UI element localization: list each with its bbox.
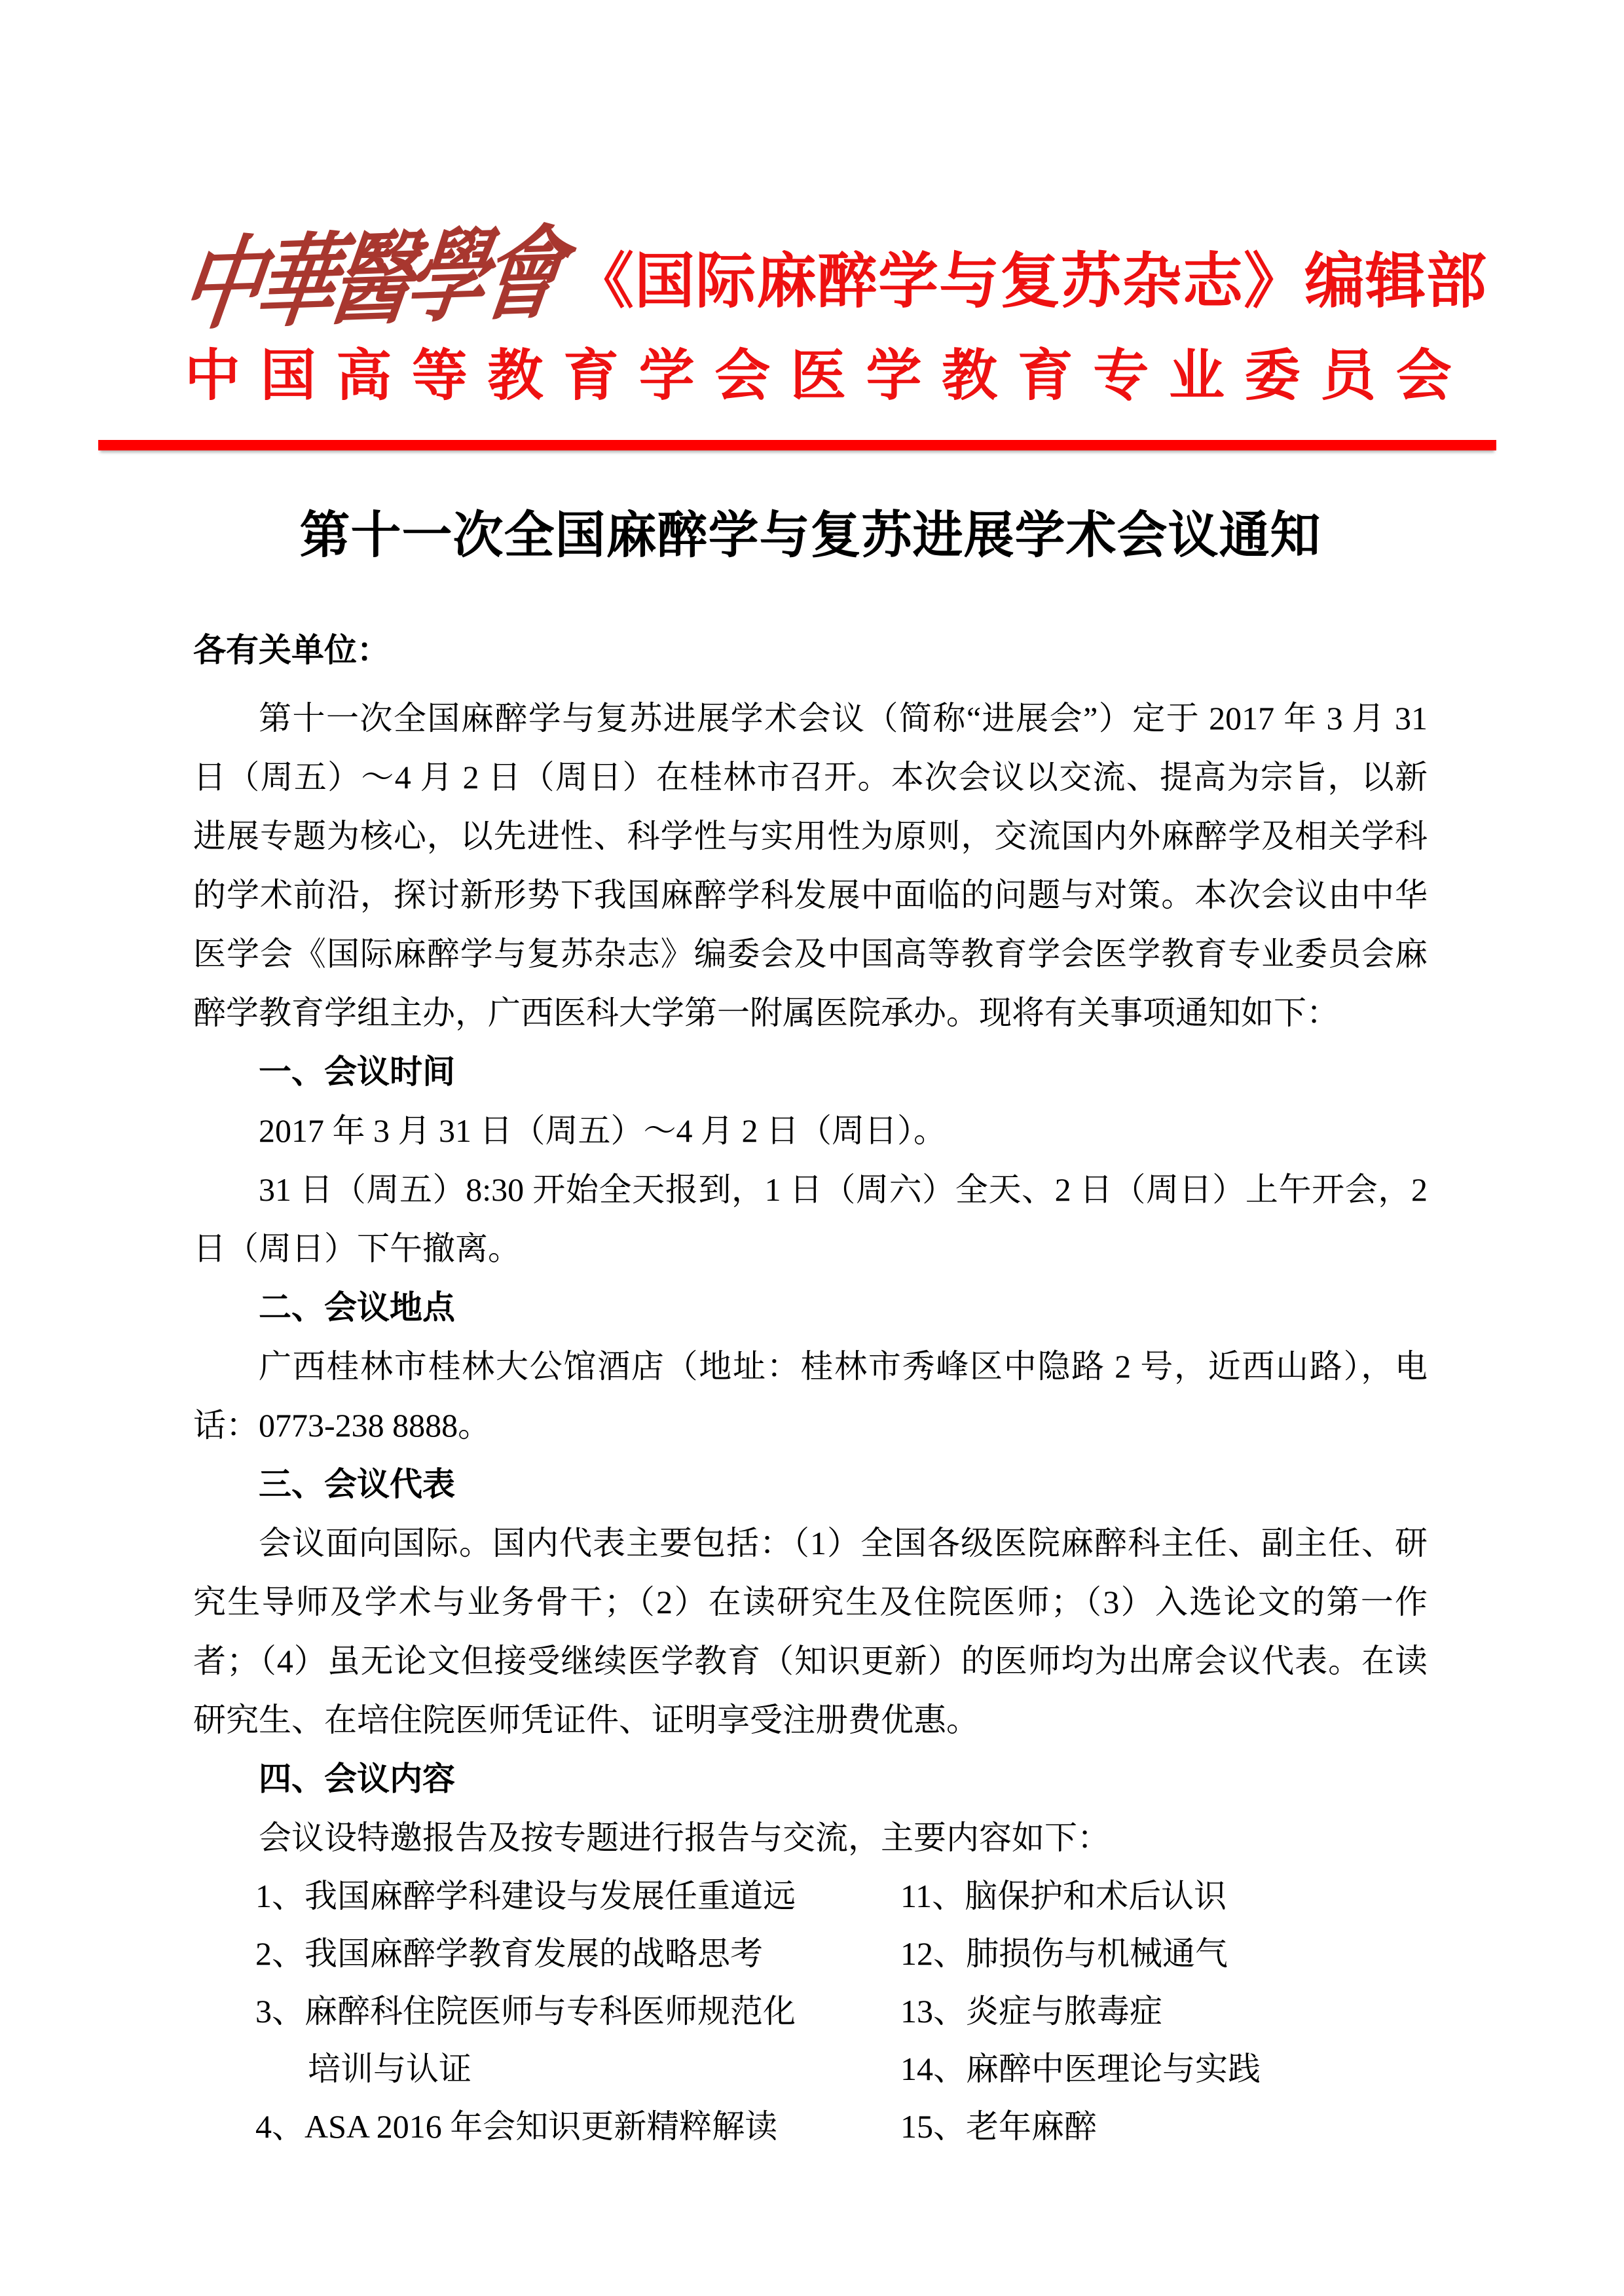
org-line-char: 育 [563, 347, 619, 406]
topic-item-13: 13、炎症与脓毒症 [900, 1982, 1428, 2040]
topic-item-3: 3、麻醉科住院医师与专科医师规范化 [255, 1982, 900, 2040]
org-line-char: 员 [1320, 347, 1376, 406]
topic-list: 1、我国麻醉学科建设与发展任重道远 11、脑保护和术后认识 2、我国麻醉学教育发… [193, 1867, 1428, 2155]
org-line-char: 国 [261, 347, 316, 406]
topic-item-11: 11、脑保护和术后认识 [900, 1867, 1428, 1925]
topic-item-14: 14、麻醉中医理论与实践 [900, 2040, 1428, 2098]
salutation: 各有关单位： [193, 621, 1428, 680]
topic-item-12: 12、肺损伤与机械通气 [900, 1925, 1428, 1982]
education-committee-title: 中国高等教育学会医学教育专业委员会 [185, 347, 1452, 406]
section-time-paragraph: 31 日（周五）8:30 开始全天报到，1 日（周六）全天、2 日（周日）上午开… [193, 1160, 1428, 1278]
letterhead-divider-rule [98, 440, 1496, 450]
org-line-char: 教 [487, 347, 543, 406]
org-line-char: 教 [942, 347, 997, 406]
section-delegates-paragraph: 会议面向国际。国内代表主要包括：（1）全国各级医院麻醉科主任、副主任、研究生导师… [193, 1514, 1428, 1749]
org-line-char: 专 [1093, 347, 1149, 406]
section-venue-paragraph: 广西桂林市桂林大公馆酒店（地址：桂林市秀峰区中隐路 2 号，近西山路），电话：0… [193, 1337, 1428, 1455]
org-line-char: 业 [1169, 347, 1225, 406]
intro-paragraph: 第十一次全国麻醉学与复苏进展学术会议（简称“进展会”）定于 2017 年 3 月… [193, 689, 1428, 1042]
section-heading-time: 一、会议时间 [193, 1042, 1428, 1101]
section-heading-delegates: 三、会议代表 [193, 1455, 1428, 1514]
org-line-char: 中 [185, 347, 240, 406]
section-time-paragraph: 2017 年 3 月 31 日（周五）～4 月 2 日（周日）。 [193, 1101, 1428, 1160]
org-line-char: 学 [639, 347, 695, 406]
section-contents-paragraph: 会议设特邀报告及按专题进行报告与交流，主要内容如下： [193, 1808, 1428, 1867]
org-line-char: 委 [1245, 347, 1301, 406]
org-line-char: 医 [790, 347, 846, 406]
topic-item-2: 2、我国麻醉学教育发展的战略思考 [255, 1925, 900, 1982]
org-line-char: 育 [1018, 347, 1073, 406]
document-body: 各有关单位： 第十一次全国麻醉学与复苏进展学术会议（简称“进展会”）定于 201… [193, 621, 1428, 2155]
org-line-char: 等 [412, 347, 468, 406]
society-calligraphy-logo: 中華醫學會 [174, 225, 565, 337]
document-title: 第十一次全国麻醉学与复苏进展学术会议通知 [193, 505, 1428, 566]
org-line-char: 高 [336, 347, 392, 406]
org-line-char: 会 [1396, 347, 1452, 406]
topic-item-15: 15、老年麻醉 [900, 2098, 1428, 2155]
org-line-char: 会 [714, 347, 770, 406]
topic-item-4: 4、ASA 2016 年会知识更新精粹解读 [255, 2098, 900, 2155]
section-heading-venue: 二、会议地点 [193, 1278, 1428, 1337]
section-heading-contents: 四、会议内容 [193, 1749, 1428, 1808]
journal-editorial-dept-title: 《国际麻醉学与复苏杂志》编辑部 [574, 250, 1431, 313]
document-page: 中華醫學會 《国际麻醉学与复苏杂志》编辑部 中国高等教育学会医学教育专业委员会 … [0, 0, 1624, 2296]
topic-item-1: 1、我国麻醉学科建设与发展任重道远 [255, 1867, 900, 1925]
org-line-char: 学 [866, 347, 921, 406]
topic-item-3-continuation: 培训与认证 [255, 2040, 900, 2098]
